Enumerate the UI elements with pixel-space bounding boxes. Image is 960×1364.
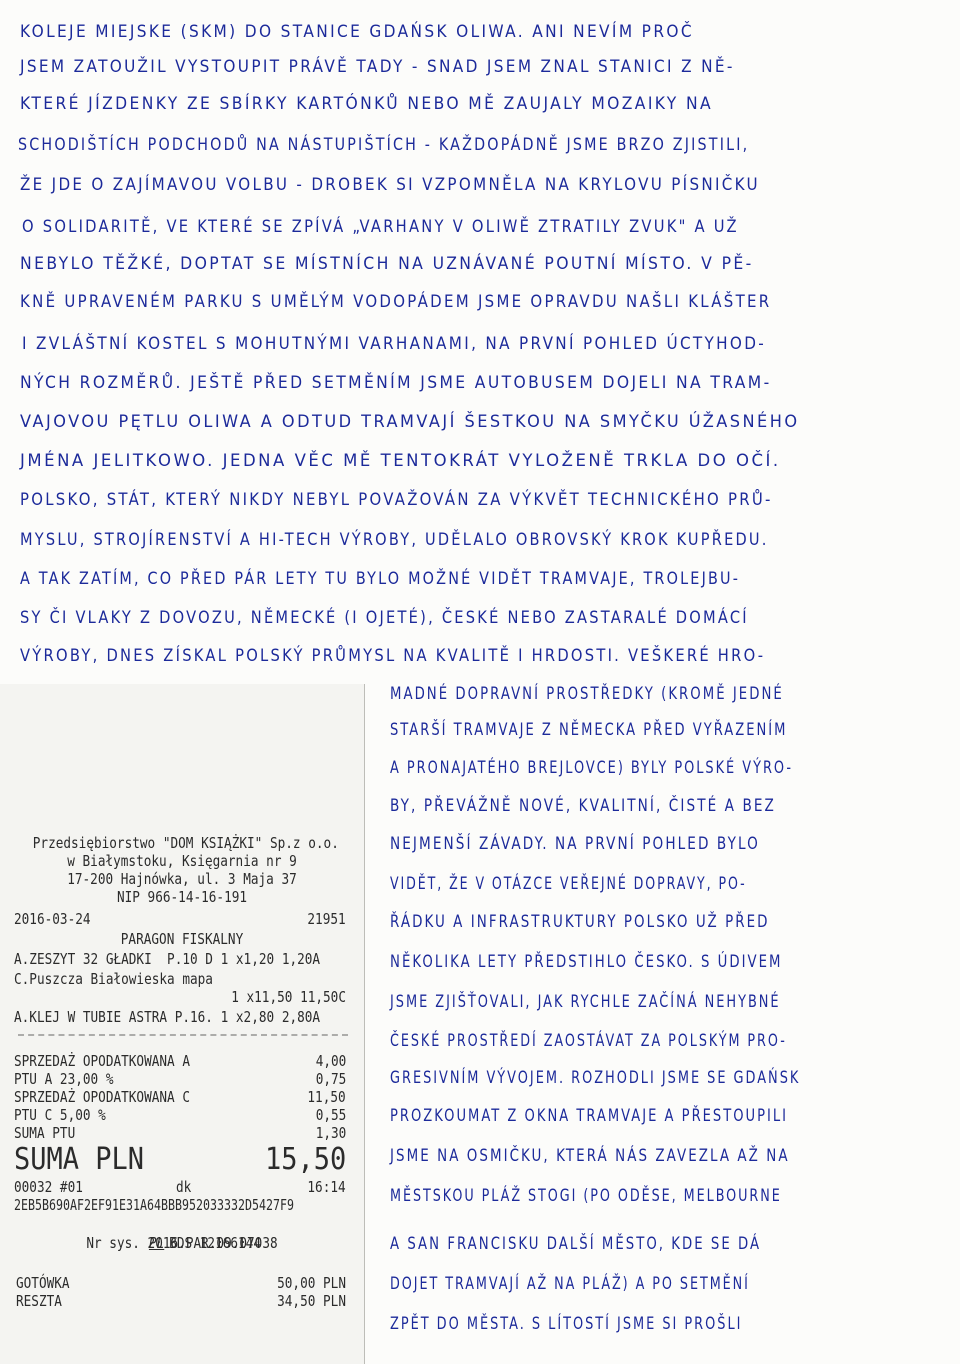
handwritten-line: JSME NA OSMIČKU, KTERÁ NÁS ZAVEZLA AŽ NA <box>390 1146 790 1166</box>
receipt-item-line: C.Puszcza Białowieska mapa <box>14 970 213 988</box>
receipt-item-line: A.KLEJ W TUBIE ASTRA P.16. 1 x2,80 2,80A <box>14 1008 320 1026</box>
receipt-tax-label: PTU A 23,00 % <box>14 1070 113 1088</box>
receipt-number: 21951 <box>308 910 346 928</box>
handwritten-line: O SOLIDARITĚ, VE KTERÉ SE ZPÍVÁ „VARHANY… <box>22 217 739 237</box>
handwritten-line: MADNÉ DOPRAVNÍ PROSTŘEDKY (KROMĚ JEDNÉ <box>390 684 784 704</box>
handwritten-line: SY ČI VLAKY Z DOVOZU, NĚMECKÉ (I OJETÉ),… <box>20 608 749 628</box>
handwritten-line: KTERÉ JÍZDENKY ZE SBÍRKY KARTÓNKŮ NEBO M… <box>20 94 713 114</box>
handwritten-line: JSME ZJIŠŤOVALI, JAK RYCHLE ZAČÍNÁ NEHYB… <box>390 992 781 1012</box>
receipt-title: PARAGON FISKALNY <box>33 930 331 948</box>
handwritten-line: A PRONAJATÉHO BREJLOVCE) BYLY POLSKÉ VÝR… <box>390 758 793 778</box>
handwritten-line: GRESIVNÍM VÝVOJEM. ROZHODLI JSME SE GDAŃ… <box>390 1068 800 1088</box>
receipt-change-label: RESZTA <box>16 1292 62 1310</box>
receipt-company-city: w Białymstoku, Księgarnia nr 9 <box>33 852 331 870</box>
handwritten-line: I ZVLÁŠTNÍ KOSTEL S MOHUTNÝMI VARHANAMI,… <box>22 334 766 354</box>
receipt-tax-value: 1,30 <box>315 1124 346 1142</box>
receipt-tax-value: 0,55 <box>315 1106 346 1124</box>
receipt-tax-label: PTU C 5,00 % <box>14 1106 106 1124</box>
receipt-date: 2016-03-24 <box>14 910 91 928</box>
fiscal-receipt: Przedsiębiorstwo "DOM KSIĄŻKI" Sp.z o.o.… <box>0 684 365 1364</box>
receipt-tax-label: SUMA PTU <box>14 1124 75 1142</box>
receipt-payment-value: 50,00 PLN <box>277 1274 346 1292</box>
handwritten-line: NEJMENŠÍ ZÁVADY. NA PRVNÍ POHLED BYLO <box>390 834 760 854</box>
receipt-nip: NIP 966-14-16-191 <box>33 888 331 906</box>
receipt-tax-value: 4,00 <box>315 1052 346 1070</box>
receipt-cashier: dk <box>176 1178 191 1196</box>
handwritten-line: ŽE JDE O ZAJÍMAVOU VOLBU - DROBEK SI VZP… <box>20 175 760 195</box>
handwritten-line: PROZKOUMAT Z OKNA TRAMVAJE A PŘESTOUPILI <box>390 1106 788 1126</box>
receipt-tax-label: SPRZEDAŻ OPODATKOWANA A <box>14 1052 190 1070</box>
handwritten-line: A SAN FRANCISKU DALŠÍ MĚSTO, KDE SE DÁ <box>390 1234 761 1254</box>
handwritten-line: NĚKOLIKA LETY PŘEDSTIHLO ČESKO. S ÚDIVEM <box>390 952 783 972</box>
handwritten-line: MYSLU, STROJÍRENSTVÍ A HI-TECH VÝROBY, U… <box>20 530 769 550</box>
receipt-sys-no: Nr sys. 2016.PAR.09.07038 <box>33 1234 331 1252</box>
handwritten-line: KOLEJE MIEJSKE (SKM) DO STANICE GDAŃSK O… <box>20 22 694 42</box>
receipt-item-line: 1 x11,50 11,50C <box>231 988 346 1006</box>
handwritten-line: ŘÁDKU A INFRASTRUKTURY POLSKO UŽ PŘED <box>390 912 770 932</box>
receipt-total-label: SUMA PLN <box>14 1144 144 1176</box>
handwritten-line: MĚSTSKOU PLÁŽ STOGI (PO ODĚSE, MELBOURNE <box>390 1186 782 1206</box>
receipt-tax-value: 11,50 <box>308 1088 346 1106</box>
receipt-payment-label: GOTÓWKA <box>16 1274 70 1292</box>
handwritten-line: POLSKO, STÁT, KTERÝ NIKDY NEBYL POVAŽOVÁ… <box>20 490 773 510</box>
receipt-terminal: 00032 #01 <box>14 1178 83 1196</box>
handwritten-line: ČESKÉ PROSTŘEDÍ ZAOSTÁVAT ZA POLSKÝM PRO… <box>390 1031 787 1051</box>
handwritten-line: BY, PŘEVÁŽNĚ NOVÉ, KVALITNÍ, ČISTÉ A BEZ <box>390 796 776 816</box>
scanned-page: KOLEJE MIEJSKE (SKM) DO STANICE GDAŃSK O… <box>0 0 960 1364</box>
handwritten-line: KNĚ UPRAVENÉM PARKU S UMĚLÝM VODOPÁDEM J… <box>20 292 771 312</box>
receipt-total-value: 15,50 <box>265 1144 346 1176</box>
handwritten-line: A TAK ZATÍM, CO PŘED PÁR LETY TU BYLO MO… <box>20 569 740 589</box>
handwritten-line: SCHODIŠTÍCH PODCHODŮ NA NÁSTUPIŠTÍCH - K… <box>18 135 749 155</box>
handwritten-line: VÝROBY, DNES ZÍSKAL POLSKÝ PRŮMYSL NA KV… <box>20 646 765 666</box>
handwritten-line: STARŠÍ TRAMVAJE Z NĚMECKA PŘED VYŘAZENÍM <box>390 720 787 740</box>
handwritten-line: NÝCH ROZMĚRŮ. JEŠTĚ PŘED SETMĚNÍM JSME A… <box>20 373 772 393</box>
handwritten-line: DOJET TRAMVAJÍ AŽ NA PLÁŽ) A PO SETMĚNÍ <box>390 1274 750 1294</box>
handwritten-line: JMÉNA JELITKOWO. JEDNA VĚC MĚ TENTOKRÁT … <box>20 451 781 471</box>
handwritten-line: JSEM ZATOUŽIL VYSTOUPIT PRÁVĚ TADY - SNA… <box>20 57 735 77</box>
handwritten-line: VAJOVOU PĘTLU OLIWA A ODTUD TRAMVAJÍ ŠES… <box>20 412 800 432</box>
handwritten-line: NEBYLO TĚŽKÉ, DOPTAT SE MÍSTNÍCH NA UZNÁ… <box>20 254 754 274</box>
receipt-tax-value: 0,75 <box>315 1070 346 1088</box>
handwritten-line: VIDĚT, ŽE V OTÁZCE VEŘEJNÉ DOPRAVY, PO- <box>390 874 747 894</box>
receipt-item-line: A.ZESZYT 32 GŁADKI P.10 D 1 x1,20 1,20A <box>14 950 320 968</box>
handwritten-line: ZPĚT DO MĚSTA. S LÍTOSTÍ JSME SI PROŠLI <box>390 1314 742 1334</box>
receipt-company-name: Przedsiębiorstwo "DOM KSIĄŻKI" Sp.z o.o. <box>33 834 331 852</box>
receipt-divider <box>18 1034 348 1036</box>
receipt-time: 16:14 <box>308 1178 346 1196</box>
receipt-hash: 2EB5B690AF2EF91E31A64BBB952033332D5427F9 <box>14 1196 294 1214</box>
receipt-tax-label: SPRZEDAŻ OPODATKOWANA C <box>14 1088 190 1106</box>
receipt-company-address: 17-200 Hajnówka, ul. 3 Maja 37 <box>33 870 331 888</box>
receipt-change-value: 34,50 PLN <box>277 1292 346 1310</box>
